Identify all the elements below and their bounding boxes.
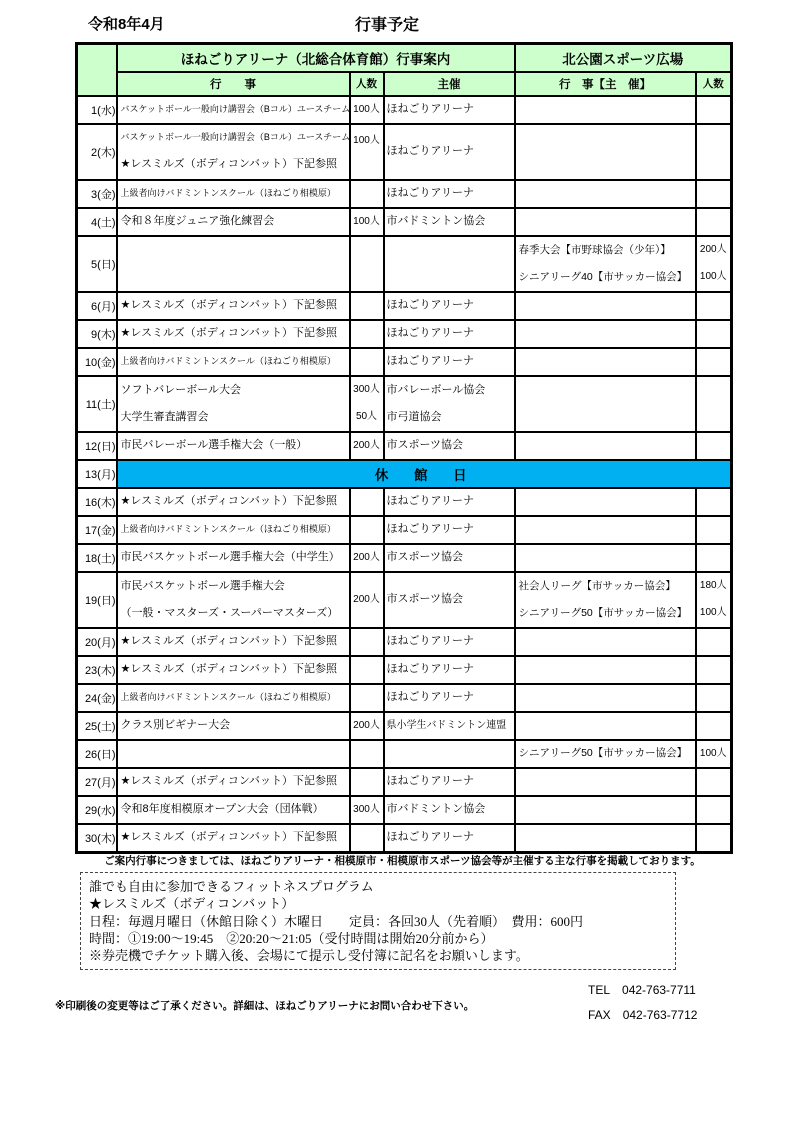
count-cell-line: 100人	[351, 216, 383, 228]
park-count-cell	[696, 124, 732, 180]
date-cell: 13(月)	[77, 460, 117, 488]
event-cell-line: 上級者向けバドミントンスクール（ほねごり相模原）	[118, 188, 349, 198]
park-event-cell	[515, 768, 696, 796]
date-cell: 27(月)	[77, 768, 117, 796]
park-event-cell	[515, 96, 696, 124]
fitness-box-line: ★レスミルズ（ボディコンバット）	[89, 895, 667, 912]
count-cell	[350, 236, 384, 292]
count-cell	[350, 292, 384, 320]
park-count-cell	[696, 768, 732, 796]
organizer-cell: ほねごりアリーナ	[384, 488, 515, 516]
event-cell-line: バスケットボール一般向け講習会（Bコル）ユースチーム合宿	[118, 104, 349, 114]
count-cell-line: 300人	[351, 384, 383, 396]
organizer-cell-line: ほねごりアリーナ	[385, 103, 514, 116]
event-column-header: 行 事	[117, 72, 350, 96]
event-cell-line: 上級者向けバドミントンスクール（ほねごり相模原）	[118, 356, 349, 366]
date-cell: 6(月)	[77, 292, 117, 320]
park-count-cell	[696, 656, 732, 684]
park-count-cell	[696, 208, 732, 236]
park-event-cell: 春季大会【市野球協会（少年）】シニアリーグ40【市サッカー協会】	[515, 236, 696, 292]
event-cell: ★レスミルズ（ボディコンバット）下記参照	[117, 824, 350, 853]
fitness-box-line: 日程：毎週月曜日（休館日除く）木曜日 定員：各回30人（先着順） 費用：600円	[89, 913, 667, 930]
count-cell-line: 200人	[351, 594, 383, 606]
park-event-cell	[515, 488, 696, 516]
count-cell	[350, 628, 384, 656]
park-count-cell	[696, 96, 732, 124]
event-cell: ★レスミルズ（ボディコンバット）下記参照	[117, 320, 350, 348]
park-count-cell	[696, 320, 732, 348]
park-group-header: 北公園スポーツ広場	[515, 44, 732, 72]
count-cell: 100人	[350, 96, 384, 124]
park-event-cell	[515, 516, 696, 544]
date-cell: 10(金)	[77, 348, 117, 376]
park-event-cell-line: シニアリーグ50【市サッカー協会】	[516, 747, 695, 759]
count-cell: 100人	[350, 208, 384, 236]
park-event-cell	[515, 684, 696, 712]
event-cell-line: ★レスミルズ（ボディコンバット）下記参照	[118, 775, 349, 788]
date-cell: 23(木)	[77, 656, 117, 684]
park-count-cell-line: 100人	[697, 271, 731, 283]
organizer-cell-line: ほねごりアリーナ	[385, 145, 514, 158]
date-cell: 12(日)	[77, 432, 117, 460]
event-cell: 令和８年度ジュニア強化練習会	[117, 208, 350, 236]
event-cell-line: 令和8年度相模原オープン大会（団体戦）	[118, 803, 349, 816]
count-cell	[350, 824, 384, 853]
date-cell: 9(木)	[77, 320, 117, 348]
date-cell: 24(金)	[77, 684, 117, 712]
organizer-cell: ほねごりアリーナ	[384, 96, 515, 124]
page-title: 行事予定	[355, 12, 419, 35]
organizer-cell-line: ほねごりアリーナ	[385, 831, 514, 844]
event-cell: 上級者向けバドミントンスクール（ほねごり相模原）	[117, 516, 350, 544]
park-event-cell	[515, 656, 696, 684]
organizer-cell-line: 市バドミントン協会	[385, 803, 514, 816]
park-event-cell	[515, 712, 696, 740]
park-event-cell	[515, 292, 696, 320]
event-cell: 上級者向けバドミントンスクール（ほねごり相模原）	[117, 684, 350, 712]
park-event-cell	[515, 376, 696, 432]
event-cell: ★レスミルズ（ボディコンバット）下記参照	[117, 656, 350, 684]
event-cell: 上級者向けバドミントンスクール（ほねごり相模原）	[117, 180, 350, 208]
event-cell	[117, 236, 350, 292]
event-cell-line: ★レスミルズ（ボディコンバット）下記参照	[118, 495, 349, 508]
event-cell: 市民バレーボール選手権大会（一般）	[117, 432, 350, 460]
organizer-cell	[384, 740, 515, 768]
park-event-cell	[515, 796, 696, 824]
park-count-cell	[696, 824, 732, 853]
event-cell: 市民バスケットボール選手権大会（中学生）	[117, 544, 350, 572]
event-cell-line: ★レスミルズ（ボディコンバット）下記参照	[118, 831, 349, 844]
organizer-cell-line: ほねごりアリーナ	[385, 691, 514, 704]
event-cell: ソフトバレーボール大会大学生審査講習会	[117, 376, 350, 432]
park-event-cell	[515, 544, 696, 572]
event-cell: 市民バスケットボール選手権大会（一般・マスターズ・スーパーマスターズ）	[117, 572, 350, 628]
park-event-cell	[515, 628, 696, 656]
date-cell: 29(水)	[77, 796, 117, 824]
event-cell	[117, 740, 350, 768]
count-cell	[350, 348, 384, 376]
organizer-cell-line: 県小学生バドミントン連盟	[385, 720, 514, 732]
event-cell-line: ソフトバレーボール大会	[118, 384, 349, 397]
park-count-cell-line: 100人	[697, 748, 731, 760]
count-cell-line: 200人	[351, 720, 383, 732]
fax-label: FAX	[588, 1008, 611, 1022]
event-cell-line: 市民バスケットボール選手権大会	[118, 580, 349, 593]
count-cell: 200人	[350, 712, 384, 740]
event-cell-line: ★レスミルズ（ボディコンバット）下記参照	[118, 299, 349, 312]
table-footnote: ご案内行事につきましては、ほねごりアリーナ・相模原市・相模原市スポーツ協会等が主…	[70, 853, 735, 868]
park-event-cell	[515, 348, 696, 376]
fax-number: 042-763-7712	[623, 1008, 698, 1022]
date-cell: 17(金)	[77, 516, 117, 544]
count-cell	[350, 740, 384, 768]
count-cell-line: 300人	[351, 804, 383, 816]
arena-group-header: ほねごりアリーナ（北総合体育館）行事案内	[117, 44, 515, 72]
closed-day-banner: 休 館 日	[117, 460, 732, 488]
park-event-cell	[515, 824, 696, 853]
organizer-cell-line: 市スポーツ協会	[385, 439, 514, 452]
event-cell-line: （一般・マスターズ・スーパーマスターズ）	[118, 607, 349, 620]
event-cell-line: ★レスミルズ（ボディコンバット）下記参照	[118, 327, 349, 340]
park-count-cell	[696, 376, 732, 432]
event-cell: バスケットボール一般向け講習会（Bコル）ユースチーム合宿★レスミルズ（ボディコン…	[117, 124, 350, 180]
date-column-header	[77, 44, 117, 96]
event-cell: 令和8年度相模原オープン大会（団体戦）	[117, 796, 350, 824]
organizer-cell: ほねごりアリーナ	[384, 320, 515, 348]
count-cell: 100人	[350, 124, 384, 180]
park-event-cell	[515, 180, 696, 208]
count-cell: 300人	[350, 796, 384, 824]
organizer-cell-line: ほねごりアリーナ	[385, 775, 514, 788]
event-cell: ★レスミルズ（ボディコンバット）下記参照	[117, 292, 350, 320]
organizer-cell-line: ほねごりアリーナ	[385, 635, 514, 648]
organizer-cell-line: ほねごりアリーナ	[385, 327, 514, 340]
event-cell-line: 上級者向けバドミントンスクール（ほねごり相模原）	[118, 524, 349, 534]
park-count-cell	[696, 796, 732, 824]
count-cell-line: 100人	[351, 104, 383, 116]
count-cell	[350, 320, 384, 348]
event-cell-line: 令和８年度ジュニア強化練習会	[118, 215, 349, 228]
print-change-note: ※印刷後の変更等はご了承ください。詳細は、ほねごりアリーナにお問い合わせ下さい。	[55, 998, 474, 1013]
date-cell: 18(土)	[77, 544, 117, 572]
count-cell: 200人	[350, 432, 384, 460]
date-cell: 25(土)	[77, 712, 117, 740]
count-cell: 300人50人	[350, 376, 384, 432]
event-cell: 上級者向けバドミントンスクール（ほねごり相模原）	[117, 348, 350, 376]
organizer-column-header: 主催	[384, 72, 515, 96]
organizer-cell-line: 市スポーツ協会	[385, 551, 514, 564]
date-cell: 26(日)	[77, 740, 117, 768]
organizer-cell	[384, 236, 515, 292]
organizer-cell-line: 市バレーボール協会	[385, 384, 514, 397]
park-event-cell	[515, 432, 696, 460]
organizer-cell-line: ほねごりアリーナ	[385, 523, 514, 536]
park-count-cell	[696, 712, 732, 740]
count-cell: 200人	[350, 544, 384, 572]
organizer-cell: ほねごりアリーナ	[384, 628, 515, 656]
organizer-cell: ほねごりアリーナ	[384, 656, 515, 684]
date-cell: 19(日)	[77, 572, 117, 628]
event-cell-line: 上級者向けバドミントンスクール（ほねごり相模原）	[118, 692, 349, 702]
organizer-cell: ほねごりアリーナ	[384, 348, 515, 376]
park-count-cell	[696, 544, 732, 572]
organizer-cell-line: 市スポーツ協会	[385, 593, 514, 606]
park-count-cell: 180人100人	[696, 572, 732, 628]
organizer-cell-line: ほねごりアリーナ	[385, 495, 514, 508]
count-cell	[350, 516, 384, 544]
organizer-cell: ほねごりアリーナ	[384, 124, 515, 180]
park-event-cell: シニアリーグ50【市サッカー協会】	[515, 740, 696, 768]
organizer-cell-line: ほねごりアリーナ	[385, 299, 514, 312]
date-cell: 2(木)	[77, 124, 117, 180]
date-cell: 11(土)	[77, 376, 117, 432]
schedule-page: 令和8年4月 行事予定 ほねごりアリーナ（北総合体育館）行事案内 北公園スポーツ…	[0, 0, 793, 1122]
count-cell-line: 200人	[351, 552, 383, 564]
park-count-column-header: 人数	[696, 72, 732, 96]
park-event-cell-line: シニアリーグ50【市サッカー協会】	[516, 607, 695, 619]
organizer-cell: 県小学生バドミントン連盟	[384, 712, 515, 740]
event-cell-line: クラス別ビギナー大会	[118, 719, 349, 732]
park-count-cell	[696, 180, 732, 208]
organizer-cell: 市バレーボール協会市弓道協会	[384, 376, 515, 432]
event-cell: バスケットボール一般向け講習会（Bコル）ユースチーム合宿	[117, 96, 350, 124]
park-event-cell-line: 春季大会【市野球協会（少年）】	[516, 244, 695, 256]
count-cell	[350, 768, 384, 796]
park-count-cell-line: 100人	[697, 607, 731, 619]
organizer-cell: 市バドミントン協会	[384, 208, 515, 236]
park-event-cell-line: シニアリーグ40【市サッカー協会】	[516, 271, 695, 283]
count-cell-line: 50人	[351, 411, 383, 423]
event-cell-line: ★レスミルズ（ボディコンバット）下記参照	[118, 663, 349, 676]
contact-block: TEL 042-763-7711 FAX 042-763-7712	[588, 977, 697, 1027]
tel-number: 042-763-7711	[622, 983, 696, 997]
organizer-cell: 市スポーツ協会	[384, 432, 515, 460]
event-cell: クラス別ビギナー大会	[117, 712, 350, 740]
organizer-cell-line: 市バドミントン協会	[385, 215, 514, 228]
fitness-box-line: 時間：①19:00～19:45 ②20:20～21:05（受付時間は開始20分前…	[89, 930, 667, 947]
park-count-cell-line: 180人	[697, 580, 731, 592]
park-count-cell-line: 200人	[697, 244, 731, 256]
date-cell: 20(月)	[77, 628, 117, 656]
event-cell-line: 市民バスケットボール選手権大会（中学生）	[118, 551, 349, 564]
organizer-cell-line: ほねごりアリーナ	[385, 187, 514, 200]
organizer-cell: 市バドミントン協会	[384, 796, 515, 824]
park-count-cell	[696, 488, 732, 516]
park-count-cell	[696, 292, 732, 320]
date-cell: 30(木)	[77, 824, 117, 853]
park-count-cell	[696, 516, 732, 544]
event-cell-line: バスケットボール一般向け講習会（Bコル）ユースチーム合宿	[118, 132, 349, 142]
count-cell	[350, 488, 384, 516]
organizer-cell: ほねごりアリーナ	[384, 516, 515, 544]
event-schedule-table: ほねごりアリーナ（北総合体育館）行事案内 北公園スポーツ広場 行 事 人数 主催…	[75, 42, 733, 854]
organizer-cell-line: ほねごりアリーナ	[385, 355, 514, 368]
date-cell: 5(日)	[77, 236, 117, 292]
event-cell-line: 大学生審査講習会	[118, 411, 349, 424]
count-column-header: 人数	[350, 72, 384, 96]
park-count-cell	[696, 628, 732, 656]
organizer-cell-line: 市弓道協会	[385, 411, 514, 424]
park-event-cell	[515, 320, 696, 348]
tel-label: TEL	[588, 983, 610, 997]
park-event-cell-line: 社会人リーグ【市サッカー協会】	[516, 580, 695, 592]
count-cell	[350, 656, 384, 684]
date-cell: 1(水)	[77, 96, 117, 124]
park-event-cell	[515, 208, 696, 236]
organizer-cell: ほねごりアリーナ	[384, 180, 515, 208]
organizer-cell: ほねごりアリーナ	[384, 684, 515, 712]
date-cell: 16(木)	[77, 488, 117, 516]
count-cell	[350, 180, 384, 208]
park-count-cell: 100人	[696, 740, 732, 768]
fitness-program-box: 誰でも自由に参加できるフィットネスプログラム ★レスミルズ（ボディコンバット） …	[80, 872, 676, 970]
park-event-column-header: 行 事【主 催】	[515, 72, 696, 96]
park-event-cell	[515, 124, 696, 180]
organizer-cell: 市スポーツ協会	[384, 544, 515, 572]
event-cell-line: 市民バレーボール選手権大会（一般）	[118, 439, 349, 452]
organizer-cell: ほねごりアリーナ	[384, 768, 515, 796]
count-cell-line: 200人	[351, 440, 383, 452]
event-cell: ★レスミルズ（ボディコンバット）下記参照	[117, 488, 350, 516]
count-cell: 200人	[350, 572, 384, 628]
event-cell: ★レスミルズ（ボディコンバット）下記参照	[117, 628, 350, 656]
event-cell-line: ★レスミルズ（ボディコンバット）下記参照	[118, 635, 349, 648]
event-cell: ★レスミルズ（ボディコンバット）下記参照	[117, 768, 350, 796]
organizer-cell-line: ほねごりアリーナ	[385, 663, 514, 676]
count-cell-line: 100人	[351, 135, 383, 147]
organizer-cell: 市スポーツ協会	[384, 572, 515, 628]
park-count-cell	[696, 432, 732, 460]
event-cell-line: ★レスミルズ（ボディコンバット）下記参照	[118, 158, 349, 171]
date-cell: 3(金)	[77, 180, 117, 208]
date-cell: 4(土)	[77, 208, 117, 236]
park-event-cell: 社会人リーグ【市サッカー協会】シニアリーグ50【市サッカー協会】	[515, 572, 696, 628]
fitness-box-line: ※券売機でチケット購入後、会場にて提示し受付簿に記名をお願いします。	[89, 947, 667, 964]
organizer-cell: ほねごりアリーナ	[384, 292, 515, 320]
park-count-cell	[696, 348, 732, 376]
month-label: 令和8年4月	[88, 13, 165, 34]
park-count-cell	[696, 684, 732, 712]
fitness-box-line: 誰でも自由に参加できるフィットネスプログラム	[89, 878, 667, 895]
organizer-cell: ほねごりアリーナ	[384, 824, 515, 853]
park-count-cell: 200人100人	[696, 236, 732, 292]
count-cell	[350, 684, 384, 712]
